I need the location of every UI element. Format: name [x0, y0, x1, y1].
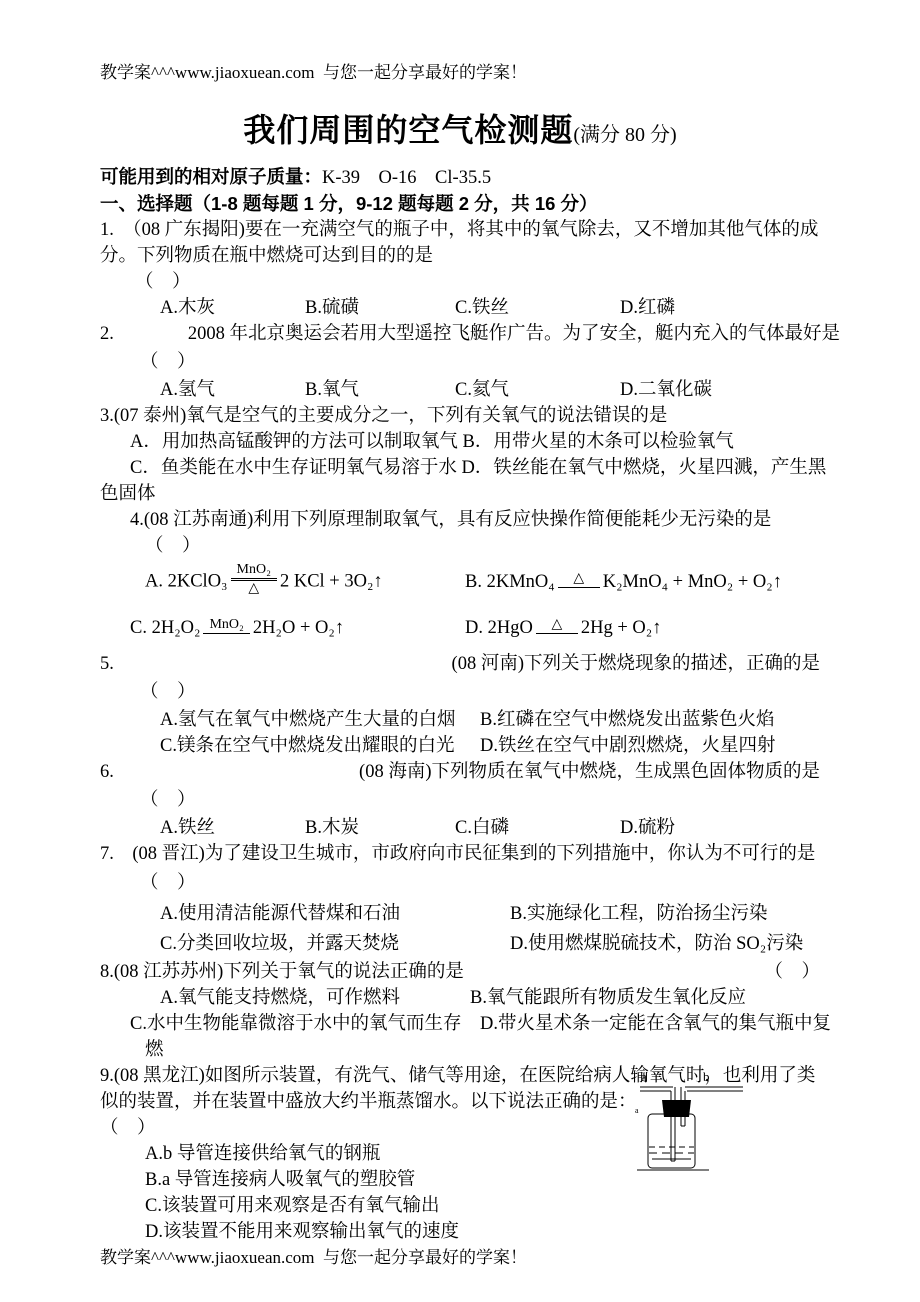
q5-option-b: B.红磷在空气中燃烧发出蓝紫色火焰: [480, 707, 820, 733]
q8-answer-bracket: （ ）: [764, 959, 820, 985]
q8-option-b: B.氧气能跟所有物质发生氧化反应: [470, 985, 820, 1011]
q4-eq-a-left: A. 2KClO₃: [145, 571, 228, 591]
reaction-arrow-icon: △: [536, 617, 578, 634]
question-6: 6.(08 海南)下列物质在氧气中燃烧，生成黑色固体物质的是 （ ） A.铁丝 …: [100, 759, 820, 841]
q5-text-line1: (08 河南)下列关于燃烧现象的描述，正确的是: [452, 651, 820, 677]
q7-options-cd: C.分类回收垃圾，并露天焚烧 D.使用燃煤脱硫技术，防治 SO₂污染: [100, 929, 820, 959]
q3-text-line1: 3.(07 泰州)氧气是空气的主要成分之一，下列有关氧气的说法错误的是: [100, 403, 820, 429]
q6-options-row: A.铁丝 B.木炭 C.白磷 D.硫粉: [100, 815, 820, 841]
question-7: 7. (08 晋江)为了建设卫生城市，市政府向市民征集到的下列措施中，你认为不可…: [100, 841, 820, 959]
q4-eq-c-right: 2H₂O + O₂↑: [253, 618, 344, 638]
catalyst-label: MnO₂: [231, 562, 277, 581]
q4-answer-bracket: （ ）: [100, 533, 820, 559]
q1-option-b: B.硫磺: [305, 295, 455, 321]
page-header: 教学案^^^www.jiaoxuean.com 与您一起分享最好的学案！: [100, 62, 820, 84]
reaction-arrow-icon: MnO₂: [203, 617, 249, 634]
q4-text-line1: 4.(08 江苏南通)利用下列原理制取氧气，具有反应快操作简便能耗少无污染的是: [100, 507, 820, 533]
q2-answer-bracket: （ ）: [100, 347, 820, 377]
tube-a: [640, 1087, 675, 1161]
q1-options-row: A.木灰 B.硫磺 C.铁丝 D.红磷: [100, 295, 820, 321]
q5-option-c: C.镁条在空气中燃烧发出耀眼的白光: [160, 733, 480, 759]
q2-option-a: A.氢气: [160, 377, 305, 403]
q4-eq-a-right: 2 KCl + 3O₂↑: [280, 571, 383, 591]
q7-option-c: C.分类回收垃圾，并露天焚烧: [160, 929, 510, 959]
q4-equation-a: A. 2KClO₃MnO₂△2 KCl + 3O₂↑: [145, 565, 465, 599]
title-score-note: (满分 80 分): [573, 124, 676, 146]
q8-text-line1: 8.(08 江苏苏州)下列关于氧气的说法正确的是: [100, 959, 464, 985]
q4-equation-c: C. 2H₂O₂MnO₂2H₂O + O₂↑: [130, 618, 465, 639]
q2-option-c: C.氦气: [455, 377, 620, 403]
atomic-mass-line: 可能用到的相对原子质量：K-39 O-16 Cl-35.5: [100, 164, 820, 191]
q1-option-c: C.铁丝: [455, 295, 620, 321]
q6-option-c: C.白磷: [455, 815, 620, 841]
q6-answer-bracket: （ ）: [100, 785, 820, 815]
atomic-mass-label: 可能用到的相对原子质量：: [100, 166, 322, 187]
q4-eq-d-left: D. 2HgO: [465, 618, 533, 638]
q8-option-a: A.氧气能支持燃烧，可作燃料: [160, 985, 470, 1011]
q4-eq-d-right: 2Hg + O₂↑: [581, 618, 662, 638]
q4-eq-b-left: B. 2KMnO₄: [465, 572, 555, 592]
section-heading: 一、选择题（1-8 题每题 1 分，9-12 题每题 2 分，共 16 分）: [100, 191, 820, 217]
page-title: 我们周围的空气检测题: [243, 112, 573, 148]
q1-option-a: A.木灰: [160, 295, 305, 321]
question-4: 4.(08 江苏南通)利用下列原理制取氧气，具有反应快操作简便能耗少无污染的是 …: [100, 507, 820, 651]
q5-option-d: D.铁丝在空气中剧烈燃烧，火星四射: [480, 733, 820, 759]
q2-option-d: D.二氧化碳: [620, 377, 820, 403]
title-row: 我们周围的空气检测题(满分 80 分): [100, 108, 820, 158]
q5-number: 5.: [100, 651, 114, 677]
q6-head-line: 6.(08 海南)下列物质在氧气中燃烧，生成黑色固体物质的是: [100, 759, 820, 785]
q2-options-row: A.氢气 B.氧气 C.氦气 D.二氧化碳: [100, 377, 820, 403]
q4-eq-c-left: C. 2H₂O₂: [130, 618, 200, 638]
q7-option-d: D.使用燃煤脱硫技术，防治 SO₂污染: [510, 929, 820, 959]
q1-option-d: D.红磷: [620, 295, 820, 321]
q7-options-ab: A.使用清洁能源代替煤和石油 B.实施绿化工程，防治扬尘污染: [100, 899, 820, 929]
q3-options-ab: A．用加热高锰酸钾的方法可以制取氧气 B．用带火星的木条可以检验氧气: [100, 429, 820, 455]
q8-options-cd: C.水中生物能靠微溶于水中的氧气而生存 D.带火星术条一定能在含氧气的集气瓶中复: [100, 1011, 820, 1037]
q7-answer-bracket: （ ）: [100, 867, 820, 899]
reaction-arrow-icon: MnO₂△: [231, 562, 277, 596]
heat-symbol: △: [558, 571, 600, 588]
q1-text-line1: 1. （08 广东揭阳)要在一充满空气的瓶子中，将其中的氧气除去，又不增加其他气…: [100, 217, 820, 243]
q3-option-d-wrap: 色固体: [100, 481, 820, 507]
q5-options-ab: A.氢气在氧气中燃烧产生大量的白烟 B.红磷在空气中燃烧发出蓝紫色火焰: [100, 707, 820, 733]
heat-symbol: △: [248, 581, 259, 596]
document-page: 教学案^^^www.jiaoxuean.com 与您一起分享最好的学案！ 我们周…: [0, 0, 920, 1302]
q7-option-a: A.使用清洁能源代替煤和石油: [160, 899, 510, 929]
q9-option-d: D.该装置不能用来观察输出氧气的速度: [100, 1219, 820, 1245]
q6-option-d: D.硫粉: [620, 815, 820, 841]
heat-symbol: △: [536, 617, 578, 634]
q6-text-line1: (08 海南)下列物质在氧气中燃烧，生成黑色固体物质的是: [359, 759, 820, 785]
q5-answer-bracket: （ ）: [100, 677, 820, 707]
q4-equations-ab: A. 2KClO₃MnO₂△2 KCl + 3O₂↑ B. 2KMnO₄△K₂M…: [100, 559, 820, 605]
q8-options-ab: A.氧气能支持燃烧，可作燃料 B.氧气能跟所有物质发生氧化反应: [100, 985, 820, 1011]
question-8: 8.(08 江苏苏州)下列关于氧气的说法正确的是（ ） A.氧气能支持燃烧，可作…: [100, 959, 820, 1063]
question-9: 9.(08 黑龙江)如图所示装置，有洗气、储气等用途，在医院给病人输氧气时，也利…: [100, 1063, 820, 1245]
q8-head-line: 8.(08 江苏苏州)下列关于氧气的说法正确的是（ ）: [100, 959, 820, 985]
gas-washing-bottle-figure: a b a: [635, 1069, 750, 1191]
q4-equation-b: B. 2KMnO₄△K₂MnO₄ + MnO₂ + O₂↑: [465, 572, 820, 593]
tube-label-a: a: [641, 1069, 647, 1084]
tube-b: [681, 1087, 743, 1126]
atomic-mass-values: K-39 O-16 Cl-35.5: [322, 168, 491, 188]
q5-options-cd: C.镁条在空气中燃烧发出耀眼的白光 D.铁丝在空气中剧烈燃烧，火星四射: [100, 733, 820, 759]
catalyst-label: MnO₂: [203, 617, 249, 634]
reaction-arrow-icon: △: [558, 571, 600, 588]
q5-option-a: A.氢气在氧气中燃烧产生大量的白烟: [160, 707, 480, 733]
tube-label-b: b: [703, 1069, 710, 1084]
q5-head-line: 5.(08 河南)下列关于燃烧现象的描述，正确的是: [100, 651, 820, 677]
page-footer: 教学案^^^www.jiaoxuean.com 与您一起分享最好的学案！: [100, 1247, 820, 1269]
q6-number: 6.: [100, 759, 114, 785]
q2-text-line1: 2. 2008 年北京奥运会若用大型遥控飞艇作广告。为了安全，艇内充入的气体最好…: [100, 321, 820, 347]
rubber-stopper: [662, 1100, 691, 1117]
q2-option-b: B.氧气: [305, 377, 455, 403]
stray-mark: a: [635, 1106, 639, 1115]
q3-options-cd: C．鱼类能在水中生存证明氧气易溶于水 D．铁丝能在氧气中燃烧，火星四溅，产生黑: [100, 455, 820, 481]
q6-option-a: A.铁丝: [160, 815, 305, 841]
q7-option-b: B.实施绿化工程，防治扬尘污染: [510, 899, 820, 929]
q4-eq-b-right: K₂MnO₄ + MnO₂ + O₂↑: [603, 572, 782, 592]
question-2: 2. 2008 年北京奥运会若用大型遥控飞艇作广告。为了安全，艇内充入的气体最好…: [100, 321, 820, 403]
q6-option-b: B.木炭: [305, 815, 455, 841]
q7-text-line1: 7. (08 晋江)为了建设卫生城市，市政府向市民征集到的下列措施中，你认为不可…: [100, 841, 820, 867]
question-5: 5.(08 河南)下列关于燃烧现象的描述，正确的是 （ ） A.氢气在氧气中燃烧…: [100, 651, 820, 759]
q4-equations-cd: C. 2H₂O₂MnO₂2H₂O + O₂↑ D. 2HgO△2Hg + O₂↑: [100, 605, 820, 651]
q1-answer-bracket: （ ）: [100, 269, 820, 295]
q1-text-line2: 分。下列物质在瓶中燃烧可达到目的的是: [100, 243, 820, 269]
question-3: 3.(07 泰州)氧气是空气的主要成分之一，下列有关氧气的说法错误的是 A．用加…: [100, 403, 820, 507]
q9-option-c: C.该装置可用来观察是否有氧气输出: [100, 1193, 820, 1219]
question-1: 1. （08 广东揭阳)要在一充满空气的瓶子中，将其中的氧气除去，又不增加其他气…: [100, 217, 820, 321]
q4-equation-d: D. 2HgO△2Hg + O₂↑: [465, 618, 820, 639]
q8-option-d-wrap: 燃: [100, 1037, 820, 1063]
